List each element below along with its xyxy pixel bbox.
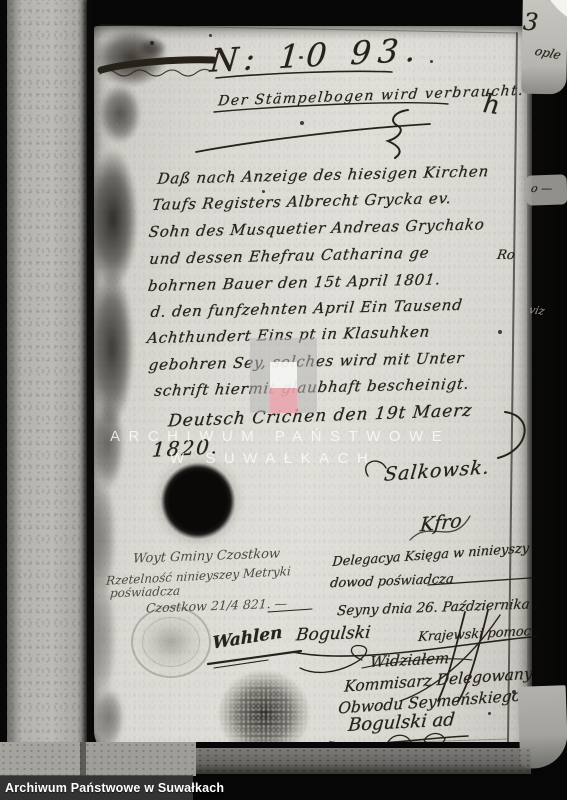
body-line: bohrnen Bauer den 15t April 1801. bbox=[147, 270, 442, 295]
speck bbox=[430, 60, 433, 63]
edge-note-w: viz bbox=[527, 303, 546, 317]
body-line: schrift hiermit glaubhaft bescheinigt. bbox=[153, 375, 470, 400]
body-line: und dessen Ehefrau Catharina ge bbox=[148, 244, 430, 268]
ink-blot bbox=[160, 462, 236, 540]
bottom-page-stack-left bbox=[0, 742, 196, 776]
faded-round-stamp bbox=[131, 606, 211, 678]
certificate-body: Daß nach Anzeige des hiesigen Kirchen Ta… bbox=[143, 162, 498, 410]
body-line: gebohren Sey, solches wird mit Unter bbox=[148, 349, 466, 374]
right-page-edge-shadow bbox=[527, 0, 567, 800]
speck bbox=[498, 330, 502, 334]
date-year: 1820. bbox=[151, 434, 220, 462]
speck bbox=[150, 41, 154, 45]
edge-note-ro: Ro bbox=[496, 248, 516, 263]
archival-scan: N: 10 93. Der Stämpelbogen wird verbrauc… bbox=[0, 0, 567, 800]
archive-caption-text: Archiwum Państwowe w Suwałkach bbox=[0, 781, 224, 795]
bottom-page-stack-mid bbox=[196, 748, 531, 774]
body-line: Sohn des Musquetier Andreas Grychako bbox=[148, 215, 486, 241]
left-page-stack-edge bbox=[7, 0, 87, 800]
speck bbox=[300, 121, 304, 125]
folio-number: 3 bbox=[522, 8, 539, 37]
body-line: Taufs Registers Albrecht Grycka ev. bbox=[151, 189, 453, 214]
body-line: d. den funfzehnten April Ein Tausend bbox=[149, 296, 463, 321]
edge-note-mid: o — bbox=[530, 182, 553, 195]
archive-caption-bar: Archiwum Państwowe w Suwałkach bbox=[0, 775, 193, 800]
delegation-signature-1: Bogulski bbox=[295, 623, 372, 646]
body-line: Achthundert Eins pt in Klasuhken bbox=[146, 323, 431, 347]
wojt-line-3: poświadcza bbox=[110, 584, 181, 600]
pastor-signature-suffix: Kfro bbox=[419, 510, 463, 537]
speck bbox=[209, 34, 212, 37]
speck bbox=[488, 712, 491, 715]
